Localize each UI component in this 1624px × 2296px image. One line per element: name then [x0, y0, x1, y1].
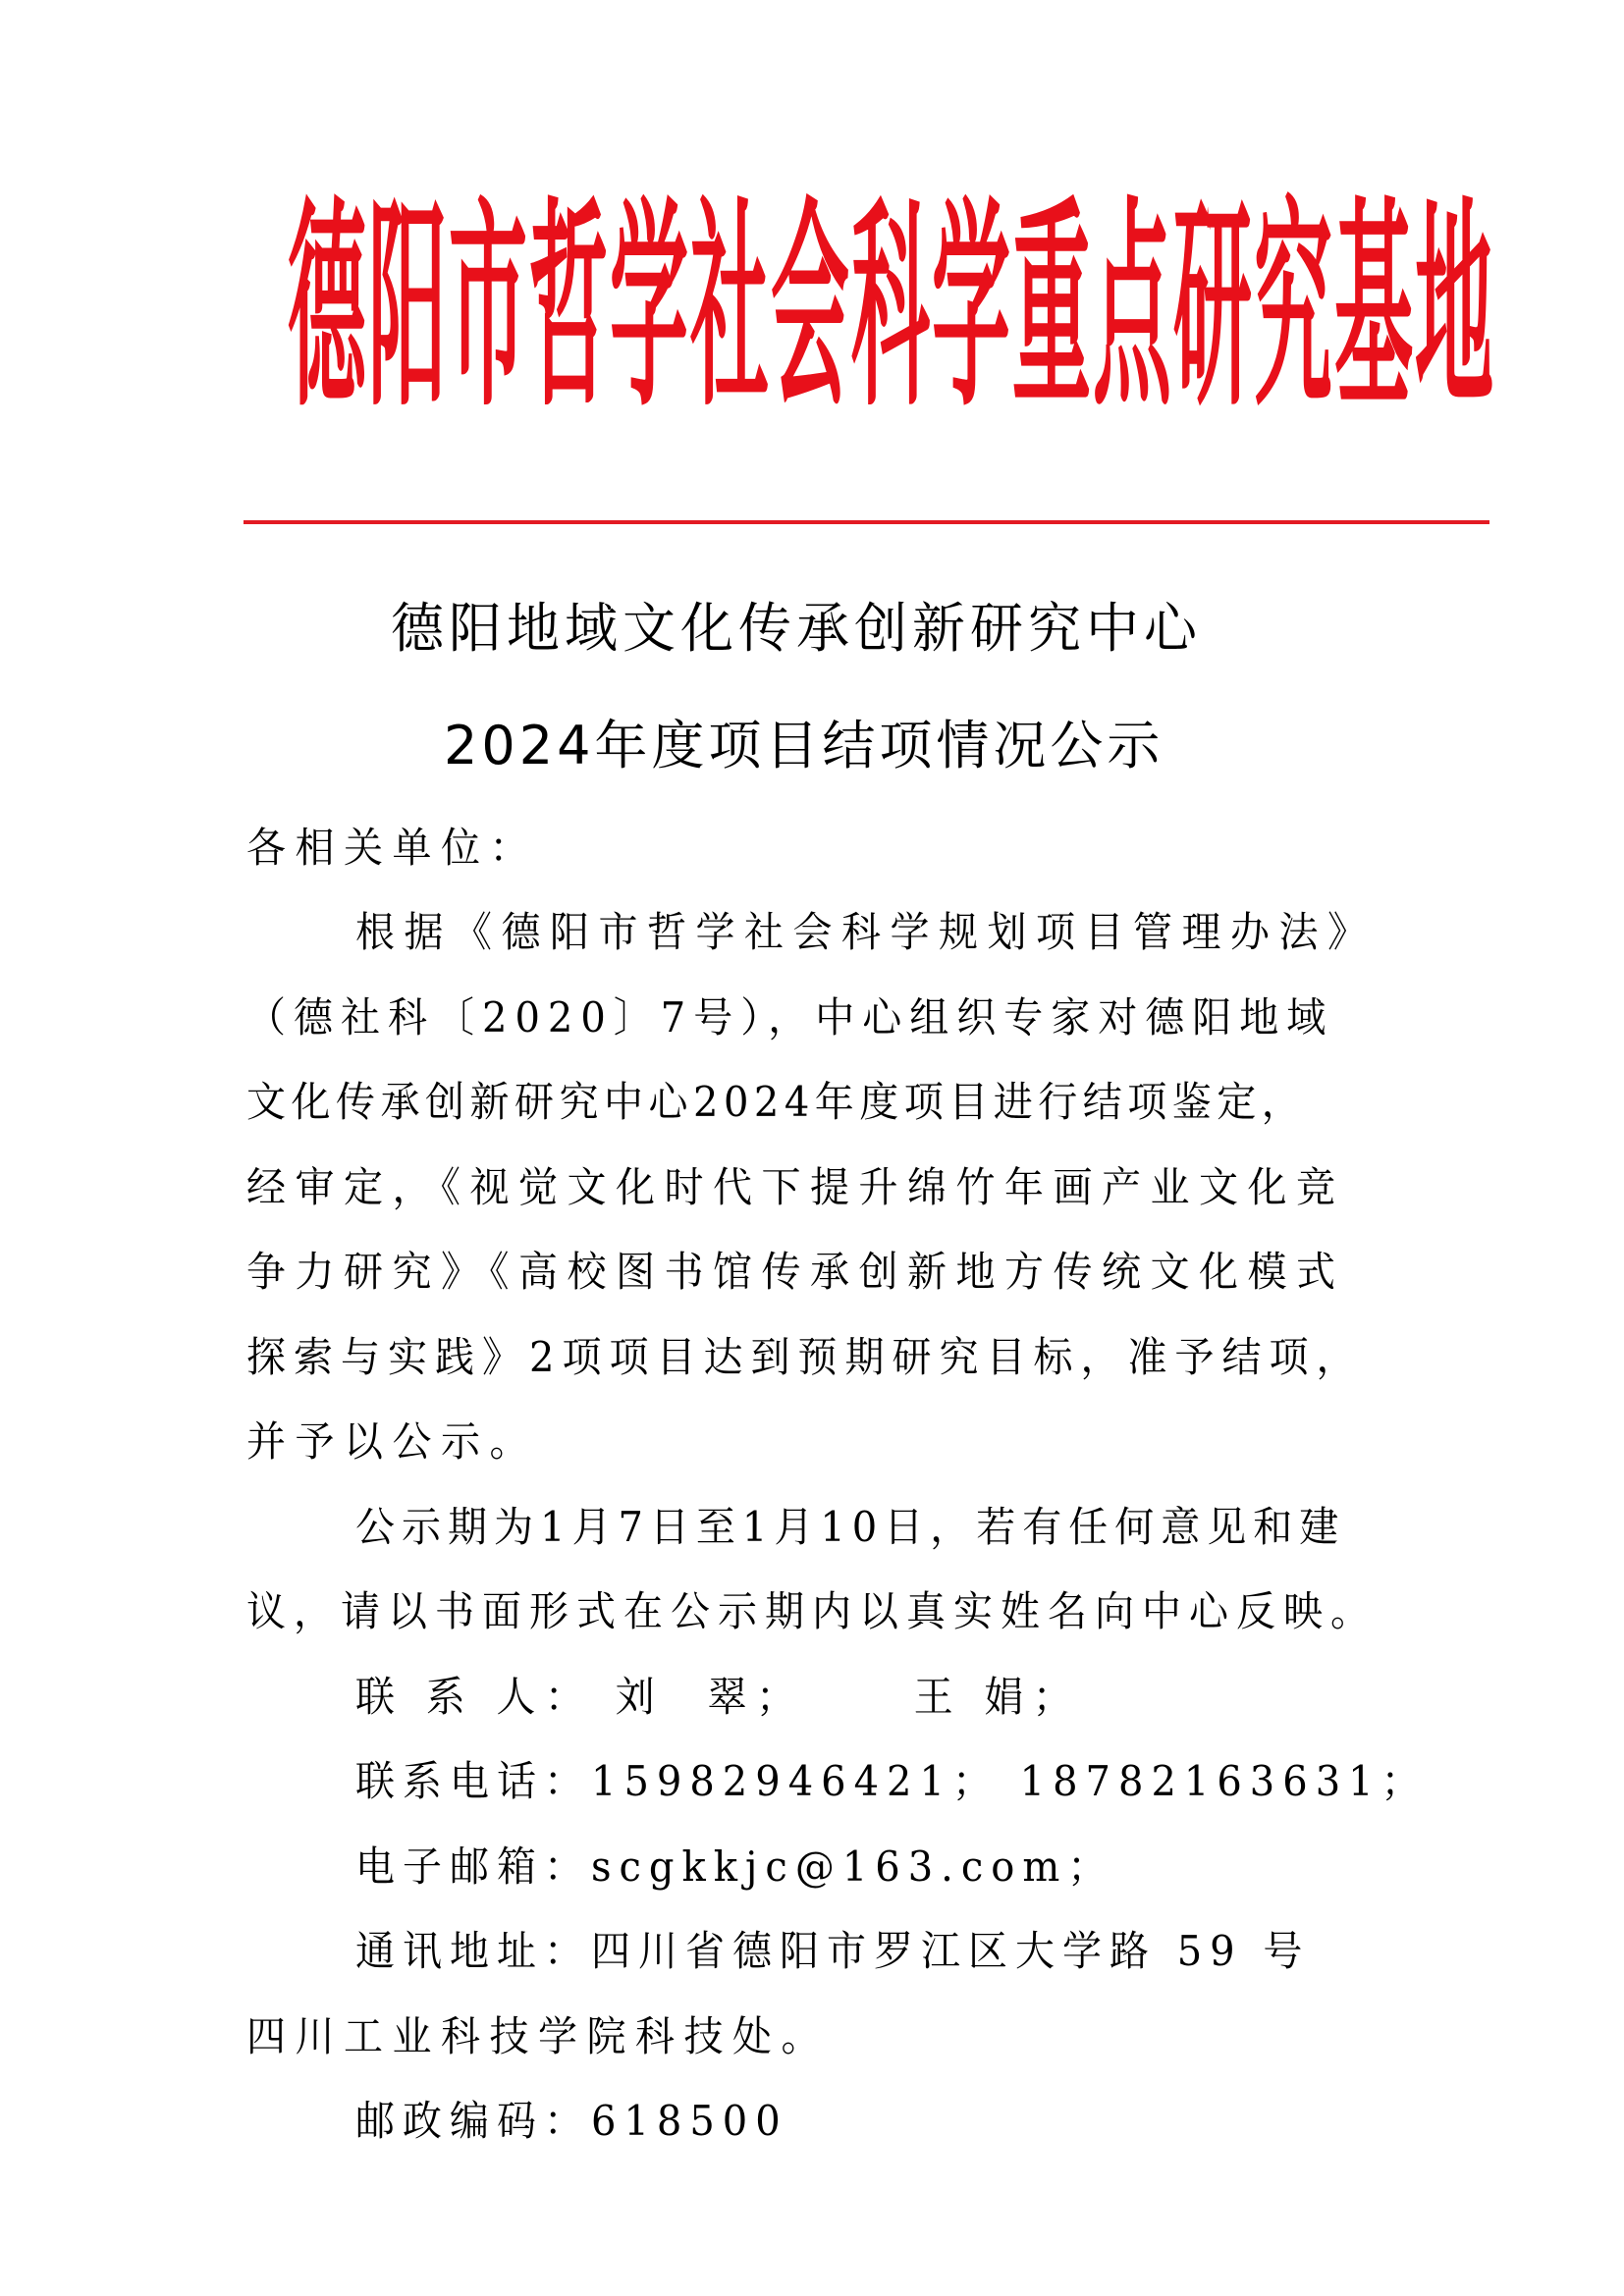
masthead: 德阳市哲学社会科学重点研究基地 [288, 198, 1411, 420]
masthead-title: 德阳市哲学社会科学重点研究基地 [288, 198, 1495, 420]
paragraph-1-line: 并予以公示。 [246, 1418, 538, 1466]
paragraph-1-line: 文化传承创新研究中心2024年度项目进行结项鉴定， [246, 1079, 1306, 1126]
contact-postcode: 邮政编码：618500 [355, 2098, 788, 2145]
contact-address-line-2: 四川工业科技学院科技处。 [246, 2013, 830, 2060]
document-title-line-1: 德阳地域文化传承创新研究中心 [391, 599, 1202, 659]
paragraph-1-line: 根据《德阳市哲学社会科学规划项目管理办法》 [355, 909, 1377, 956]
salutation: 各相关单位： [246, 825, 538, 872]
paragraph-1-line: 探索与实践》2项项目达到预期研究目标，准予结项， [246, 1334, 1363, 1381]
paragraph-1-line: 争力研究》《高校图书馆传承创新地方传统文化模式 [246, 1249, 1345, 1296]
contact-phone: 联系电话：15982946421； 18782163631； [355, 1758, 1429, 1805]
contact-person: 联 系 人： 刘 翠； 王 娟； [355, 1674, 1081, 1721]
document-page: 德阳市哲学社会科学重点研究基地 德阳地域文化传承创新研究中心 2024年度项目结… [0, 0, 1624, 2296]
contact-email: 电子邮箱：scgkkjc@163.com； [355, 1843, 1114, 1891]
document-title-line-2: 2024年度项目结项情况公示 [444, 717, 1164, 775]
paragraph-2-line: 议，请以书面形式在公示期内以真实姓名向中心反映。 [246, 1588, 1378, 1635]
red-divider-rule [244, 520, 1489, 524]
contact-address-line-1: 通讯地址：四川省德阳市罗江区大学路 59 号 [355, 1928, 1310, 1975]
paragraph-1-line: 经审定，《视觉文化时代下提升绵竹年画产业文化竞 [246, 1164, 1345, 1211]
paragraph-1-line: （德社科〔2020〕7号），中心组织专家对德阳地域 [246, 994, 1333, 1041]
paragraph-2-line: 公示期为1月7日至1月10日，若有任何意见和建 [355, 1504, 1345, 1551]
